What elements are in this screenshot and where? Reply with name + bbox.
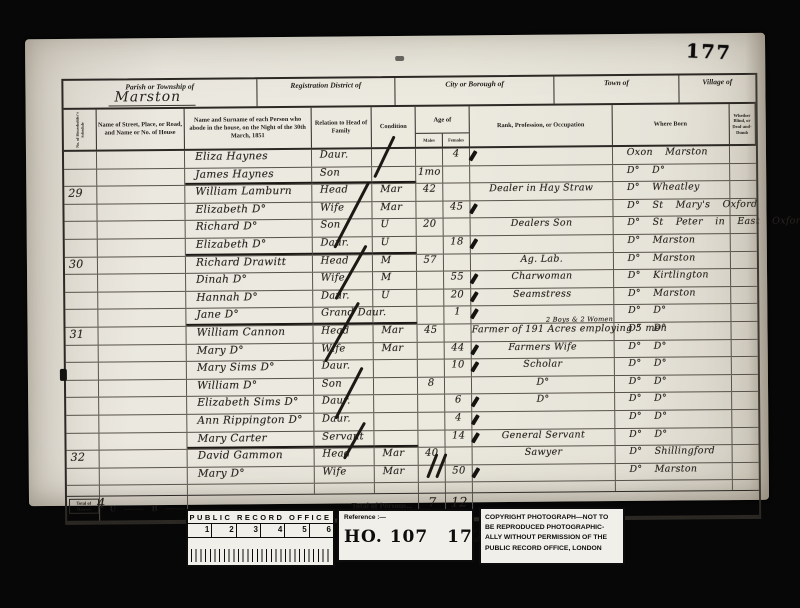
age-females-cell: 4 bbox=[445, 412, 472, 429]
condition-cell: U bbox=[373, 290, 417, 307]
age-males-cell: 8 bbox=[418, 377, 445, 394]
where-born-cell: D° D° bbox=[615, 392, 732, 410]
age-males-cell bbox=[417, 201, 444, 218]
ruler-number: 1 bbox=[188, 524, 212, 537]
check-mark bbox=[469, 238, 478, 249]
where-born-cell: D° St Mary's Oxford bbox=[613, 199, 730, 217]
check-mark bbox=[471, 432, 480, 443]
building-label: B —— bbox=[152, 503, 186, 513]
age-females-cell bbox=[445, 324, 472, 341]
age-females-cell: 6 bbox=[445, 395, 472, 412]
occupation-text: D° bbox=[537, 394, 550, 405]
age-females-cell: 14 bbox=[446, 430, 473, 447]
total-houses-cell: Total of Houses 4 bbox=[67, 497, 100, 521]
copyright-line: BE REPRODUCED PHOTOGRAPHIC- bbox=[485, 523, 619, 533]
where-born-cell: D° Marston bbox=[613, 234, 730, 252]
street-cell bbox=[98, 292, 187, 309]
check-mark bbox=[470, 344, 479, 355]
relation-cell: Son bbox=[312, 167, 372, 184]
check-mark bbox=[470, 273, 479, 284]
disability-cell bbox=[730, 234, 756, 251]
condition-cell bbox=[373, 307, 417, 324]
check-mark bbox=[469, 150, 478, 161]
ruler-ticks bbox=[191, 540, 330, 562]
name-cell: Mary D° bbox=[188, 466, 315, 484]
village-label: Village of bbox=[702, 77, 732, 86]
relation-cell: Daur. bbox=[313, 360, 373, 377]
condition-cell: M bbox=[373, 254, 417, 271]
disability-cell bbox=[732, 445, 758, 462]
schedule-number-cell: 32 bbox=[67, 451, 100, 468]
name-cell: Mary Sims D° bbox=[187, 361, 314, 379]
disability-cell bbox=[731, 269, 757, 286]
street-cell bbox=[99, 450, 188, 467]
occupation-note: 2 Boys & 2 Women bbox=[546, 315, 613, 324]
age-males-cell bbox=[418, 342, 445, 359]
pro-title: PUBLIC RECORD OFFICE bbox=[188, 511, 333, 524]
disability-cell bbox=[732, 410, 758, 427]
age-males-cell bbox=[417, 289, 444, 306]
disability-cell bbox=[732, 375, 758, 392]
occupation-cell: Dealer in Hay Straw bbox=[470, 182, 613, 200]
males-label: Males bbox=[416, 134, 443, 147]
age-females-cell: 4 bbox=[443, 148, 470, 165]
occupation-cell bbox=[471, 200, 614, 218]
town-cell: Town of bbox=[555, 76, 680, 104]
town-label: Town of bbox=[604, 78, 629, 87]
condition-cell: Mar bbox=[374, 342, 418, 359]
condition-cell bbox=[374, 378, 418, 395]
where-born-cell: D° St Peter in East Oxford bbox=[613, 216, 730, 234]
schedule-number-cell bbox=[66, 380, 99, 397]
where-born-cell: D° D° bbox=[615, 428, 732, 446]
condition-cell: U bbox=[372, 219, 416, 236]
age-females-cell: 1 bbox=[445, 307, 472, 324]
name-cell: Elizabeth D° bbox=[186, 238, 313, 256]
occupation-text: Sawyer bbox=[525, 447, 563, 458]
where-born-cell: D° D° bbox=[614, 357, 731, 375]
ruler-number: 3 bbox=[237, 524, 261, 537]
disability-cell bbox=[732, 463, 758, 480]
schedule-number-cell bbox=[66, 433, 99, 450]
col-header-relation: Relation to Head of Family bbox=[311, 107, 372, 148]
street-cell bbox=[97, 168, 186, 185]
occupation-cell: D° bbox=[472, 393, 615, 411]
col-header-age: Age of Males Females bbox=[416, 106, 470, 146]
schedule-number-cell bbox=[64, 204, 97, 221]
parish-handwritten-value: Marston bbox=[108, 89, 195, 107]
check-mark bbox=[469, 203, 478, 214]
check-mark bbox=[470, 291, 479, 302]
city-label: City or Borough of bbox=[445, 79, 504, 89]
street-cell bbox=[97, 256, 186, 273]
street-cell bbox=[99, 468, 188, 485]
street-cell bbox=[98, 344, 187, 361]
ruler-number: 6 bbox=[310, 524, 333, 537]
copyright-notice: COPYRIGHT PHOTOGRAPH—NOT TO BE REPRODUCE… bbox=[479, 507, 625, 565]
name-cell: Eliza Haynes bbox=[185, 150, 312, 168]
occupation-cell bbox=[472, 411, 615, 429]
street-cell bbox=[97, 186, 186, 203]
where-born-cell: D° D° bbox=[615, 375, 732, 393]
relation-cell: Son bbox=[314, 378, 374, 395]
age-males-cell bbox=[417, 237, 444, 254]
occupation-text: Dealer in Hay Straw bbox=[489, 182, 593, 194]
occupation-text: Ag. Lab. bbox=[521, 253, 564, 264]
copyright-line: ALLY WITHOUT PERMISSION OF THE bbox=[485, 533, 619, 543]
street-cell bbox=[98, 380, 187, 397]
age-females-cell bbox=[445, 377, 472, 394]
disability-cell bbox=[730, 146, 756, 163]
disability-cell bbox=[731, 322, 757, 339]
disability-cell bbox=[730, 251, 756, 268]
schedule-number-cell bbox=[64, 169, 97, 186]
disability-cell bbox=[731, 287, 757, 304]
age-males-cell bbox=[419, 430, 446, 447]
age-females-cell: 18 bbox=[444, 236, 471, 253]
age-males-cell: 57 bbox=[417, 254, 444, 271]
disability-cell bbox=[731, 304, 757, 321]
uninhabited-label: U —— bbox=[110, 503, 145, 513]
condition-cell: Mar bbox=[374, 448, 418, 465]
reference-value: HO. 107 1727 bbox=[344, 527, 467, 547]
copyright-line: COPYRIGHT PHOTOGRAPH—NOT TO bbox=[485, 513, 619, 523]
schedule-number-cell bbox=[66, 345, 99, 362]
schedule-number-cell bbox=[65, 310, 98, 327]
check-mark bbox=[471, 396, 480, 407]
census-table: Parish or Township of Marston Registrati… bbox=[61, 73, 761, 525]
schedule-number-cell bbox=[65, 240, 98, 257]
name-cell: Jane D° bbox=[186, 308, 313, 326]
disability-cell bbox=[730, 163, 756, 180]
name-cell: Dinah D° bbox=[186, 273, 313, 291]
name-cell: Elizabeth Sims D° bbox=[187, 396, 314, 414]
age-males-cell bbox=[418, 412, 445, 429]
col-header-condition: Condition bbox=[371, 107, 416, 147]
village-cell: Village of bbox=[679, 75, 755, 103]
age-males-cell: 45 bbox=[418, 325, 445, 342]
condition-cell bbox=[374, 360, 418, 377]
check-mark bbox=[471, 414, 480, 425]
street-cell bbox=[97, 204, 186, 221]
ruler-numbers: 123456 bbox=[188, 524, 333, 538]
age-males-cell: 20 bbox=[417, 219, 444, 236]
reference-series: HO. 107 bbox=[344, 527, 428, 547]
occupation-cell: Dealers Son bbox=[471, 217, 614, 235]
occupation-text: Seamstress bbox=[513, 288, 572, 300]
age-females-cell bbox=[444, 219, 471, 236]
age-females-cell: 10 bbox=[445, 359, 472, 376]
name-cell: William D° bbox=[187, 378, 314, 396]
age-females-cell: 55 bbox=[444, 272, 471, 289]
schedule-number-cell bbox=[65, 222, 98, 239]
age-males-cell bbox=[417, 272, 444, 289]
condition-cell: Mar bbox=[372, 184, 416, 201]
where-born-cell: D° D° bbox=[614, 304, 731, 322]
relation-cell: Daur. bbox=[312, 149, 372, 166]
col-header-name: Name and Surname of each Person who abod… bbox=[185, 108, 312, 149]
schedule-number-cell: 30 bbox=[65, 257, 98, 274]
relation-cell: Head bbox=[313, 255, 373, 272]
relation-cell: Grand Daur. bbox=[313, 308, 373, 325]
check-mark bbox=[470, 361, 479, 372]
disability-cell bbox=[730, 216, 756, 233]
age-males-cell bbox=[418, 360, 445, 377]
disability-cell bbox=[730, 199, 756, 216]
col-header-occupation: Rank, Profession, or Occupation bbox=[470, 105, 613, 146]
age-females-cell: 44 bbox=[445, 342, 472, 359]
where-born-cell: Oxon Marston bbox=[613, 146, 730, 164]
name-cell: David Gammon bbox=[188, 449, 315, 467]
street-cell bbox=[98, 309, 187, 326]
street-cell bbox=[98, 274, 187, 291]
condition-cell: M bbox=[373, 272, 417, 289]
disability-cell bbox=[731, 339, 757, 356]
city-cell: City or Borough of bbox=[395, 77, 554, 105]
census-page: 177 Parish or Township of Marston Regist… bbox=[25, 33, 769, 506]
disability-cell bbox=[732, 427, 758, 444]
condition-cell: Mar bbox=[372, 202, 416, 219]
age-females-cell bbox=[446, 447, 473, 464]
occupation-text: Dealers Son bbox=[511, 218, 573, 230]
parish-cell: Parish or Township of Marston bbox=[63, 79, 257, 108]
where-born-cell: D° D° bbox=[614, 340, 731, 358]
occupation-cell bbox=[471, 235, 614, 253]
schedule-number-cell bbox=[65, 292, 98, 309]
occupation-cell: Sawyer bbox=[473, 446, 616, 464]
disability-cell bbox=[732, 392, 758, 409]
ink-blot bbox=[60, 369, 67, 381]
occupation-text: D° bbox=[536, 376, 549, 387]
occupation-cell: Ag. Lab. bbox=[471, 253, 614, 271]
occupation-text: Charwoman bbox=[511, 271, 572, 283]
age-females-cell bbox=[444, 254, 471, 271]
age-males-cell: 1mo bbox=[416, 166, 443, 183]
occupation-cell: General Servant bbox=[473, 429, 616, 447]
occupation-cell: D° bbox=[472, 376, 615, 394]
schedule-number-cell: 31 bbox=[65, 328, 98, 345]
condition-cell bbox=[374, 413, 418, 430]
name-cell: Mary D° bbox=[187, 343, 314, 361]
copyright-line: PUBLIC RECORD OFFICE, LONDON bbox=[485, 544, 619, 554]
name-cell: Elizabeth D° bbox=[185, 203, 312, 221]
public-record-office-stamp: PUBLIC RECORD OFFICE 123456 bbox=[186, 509, 335, 567]
occupation-cell: Charwoman bbox=[471, 270, 614, 288]
census-photograph: 177 Parish or Township of Marston Regist… bbox=[0, 0, 800, 608]
street-cell bbox=[99, 432, 188, 449]
ruler-number: 5 bbox=[285, 524, 309, 537]
folio-number: 177 bbox=[686, 40, 733, 64]
district-cell: Registration District of bbox=[257, 78, 396, 106]
relation-cell: Wife bbox=[314, 466, 374, 483]
occupation-cell: 2 Boys & 2 Women Farmer of 191 Acres emp… bbox=[472, 323, 615, 341]
where-born-cell: D° Marston bbox=[614, 252, 731, 270]
where-born-cell: D° Wheatley bbox=[613, 181, 730, 199]
street-cell bbox=[99, 415, 188, 432]
age-of-label: Age of bbox=[416, 106, 469, 133]
street-cell bbox=[97, 239, 186, 256]
column-headers: No. of Householder's Schedule Name of St… bbox=[64, 104, 756, 152]
schedule-number-cell bbox=[66, 416, 99, 433]
where-born-cell: D° D° bbox=[614, 322, 731, 340]
where-born-cell: D° Marston bbox=[615, 463, 732, 481]
occupation-cell: Seamstress bbox=[471, 288, 614, 306]
relation-cell: Daur. bbox=[313, 290, 373, 307]
schedule-number-cell bbox=[66, 363, 99, 380]
reference-label: Reference :— bbox=[344, 514, 467, 521]
relation-cell: Wife bbox=[313, 343, 373, 360]
relation-cell: Servant bbox=[314, 431, 374, 448]
where-born-cell: D° D° bbox=[615, 410, 732, 428]
condition-cell: Mar bbox=[373, 325, 417, 342]
occupation-text: Scholar bbox=[523, 359, 562, 370]
street-cell bbox=[97, 221, 186, 238]
schedule-number-cell bbox=[67, 468, 100, 485]
name-cell: William Lamburn bbox=[185, 185, 312, 203]
col-header-born: Where Born bbox=[612, 104, 729, 145]
name-cell: William Cannon bbox=[187, 326, 314, 344]
occupation-text: Farmers Wife bbox=[508, 341, 577, 353]
occupation-cell bbox=[470, 165, 613, 183]
total-houses-label: Total of Houses bbox=[69, 499, 99, 514]
uninhabited-building-labels: U —— B —— bbox=[99, 496, 188, 521]
schedule-number-cell bbox=[64, 152, 97, 169]
occupation-cell: Farmers Wife bbox=[472, 341, 615, 359]
age-males-cell bbox=[418, 307, 445, 324]
check-mark bbox=[470, 308, 479, 319]
where-born-cell: D° D° bbox=[613, 164, 730, 182]
street-cell bbox=[99, 397, 188, 414]
name-cell: Richard Drawitt bbox=[186, 255, 313, 273]
schedule-number-cell: 29 bbox=[64, 187, 97, 204]
col-header-disability: Whether Blind, or Deaf-and-Dumb bbox=[729, 104, 756, 144]
age-females-cell: 50 bbox=[446, 465, 473, 482]
name-cell: Hannah D° bbox=[186, 290, 313, 308]
age-females-cell bbox=[443, 184, 470, 201]
disability-cell bbox=[731, 357, 757, 374]
census-rows: Eliza Haynes Daur. 4 Oxon Marston James … bbox=[64, 146, 759, 486]
schedule-number-cell bbox=[65, 275, 98, 292]
district-label: Registration District of bbox=[290, 80, 361, 90]
where-born-cell: D° Kirtlington bbox=[614, 269, 731, 287]
reference-stamp: Reference :— HO. 107 1727 bbox=[337, 509, 474, 562]
relation-cell: Wife bbox=[312, 202, 372, 219]
street-cell bbox=[96, 151, 185, 168]
col-header-street: Name of Street, Place, or Road, and Name… bbox=[96, 109, 185, 150]
street-cell bbox=[98, 362, 187, 379]
schedule-number-cell bbox=[66, 398, 99, 415]
ruler-number: 4 bbox=[261, 524, 285, 537]
age-females-cell: 20 bbox=[444, 289, 471, 306]
age-females-cell bbox=[443, 166, 470, 183]
age-males-cell bbox=[416, 149, 443, 166]
ruler-number: 2 bbox=[212, 524, 236, 537]
col-header-schedule: No. of Householder's Schedule bbox=[64, 110, 97, 150]
occupation-text: General Servant bbox=[502, 429, 585, 441]
occupation-cell bbox=[473, 464, 616, 482]
age-males-cell: 42 bbox=[416, 184, 443, 201]
condition-cell: U bbox=[373, 237, 417, 254]
name-cell: Richard D° bbox=[186, 220, 313, 238]
ink-blot bbox=[395, 56, 404, 61]
age-females-cell: 45 bbox=[444, 201, 471, 218]
females-label: Females bbox=[443, 133, 469, 146]
disability-cell bbox=[730, 181, 756, 198]
occupation-cell: Scholar bbox=[472, 358, 615, 376]
where-born-cell: D° Marston bbox=[614, 287, 731, 305]
check-mark bbox=[471, 467, 480, 478]
occupation-cell bbox=[470, 147, 613, 165]
street-cell bbox=[98, 327, 187, 344]
condition-cell: Mar bbox=[375, 466, 419, 483]
where-born-cell: D° Shillingford bbox=[615, 445, 732, 463]
name-cell: Mary Carter bbox=[187, 431, 314, 449]
condition-cell bbox=[374, 430, 418, 447]
age-males-cell bbox=[418, 395, 445, 412]
name-cell: Ann Rippington D° bbox=[187, 414, 314, 432]
condition-cell bbox=[374, 395, 418, 412]
name-cell: James Haynes bbox=[185, 167, 312, 185]
